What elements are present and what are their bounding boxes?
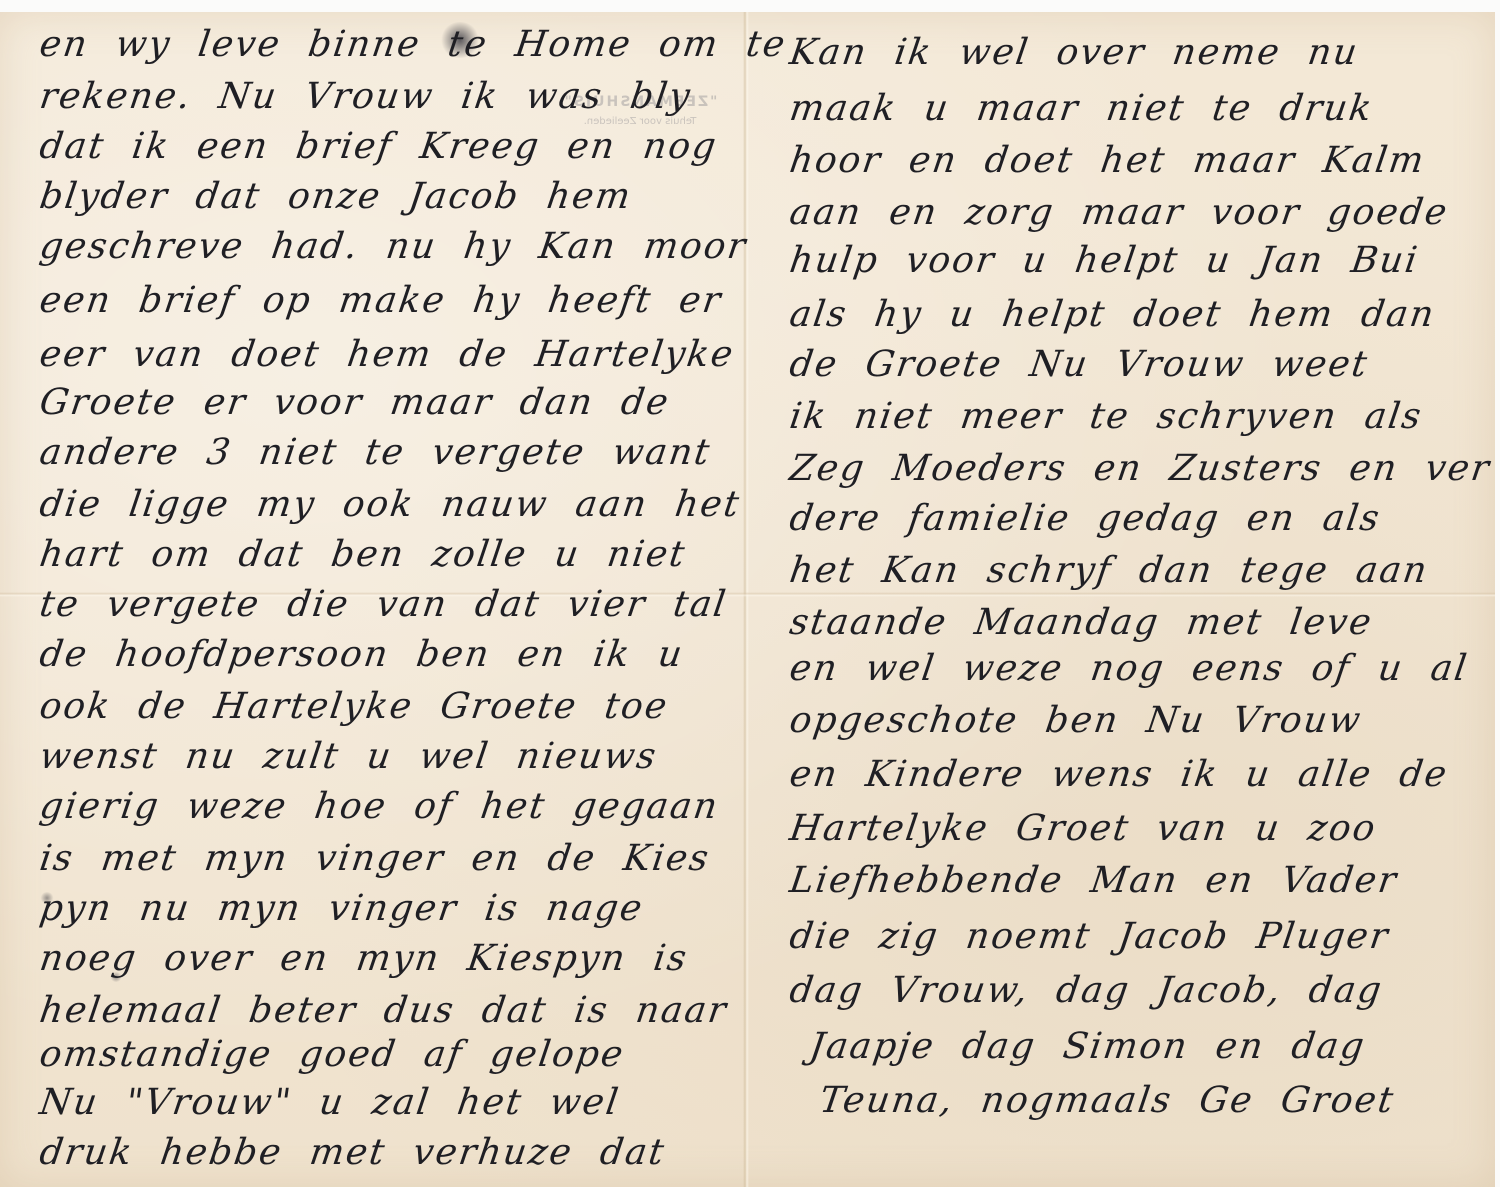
handwritten-line: als hy u helpt doet hem dan: [787, 294, 1438, 335]
handwritten-line: de Groete Nu Vrouw weet: [787, 344, 1371, 385]
handwritten-line: en wy leve binne te Home om te: [37, 24, 789, 65]
handwritten-line: dere famielie gedag en als: [787, 498, 1383, 539]
handwritten-line: Kan ik wel over neme nu: [787, 32, 1361, 73]
handwritten-line: rekene. Nu Vrouw ik was bly: [37, 76, 694, 117]
handwritten-line: Groete er voor maar dan de: [37, 382, 672, 423]
handwritten-line: die zig noemt Jacob Pluger: [787, 916, 1392, 957]
handwritten-line: andere 3 niet te vergete want: [37, 432, 714, 473]
handwritten-line: de hoofdpersoon ben en ik u: [37, 634, 686, 675]
handwritten-line: staande Maandag met leve: [787, 602, 1375, 643]
handwritten-line: Hartelyke Groet van u zoo: [787, 808, 1379, 849]
handwritten-line: een brief op make hy heeft er: [37, 280, 725, 321]
handwritten-line: hulp voor u helpt u Jan Bui: [787, 240, 1421, 281]
handwritten-line: opgeschote ben Nu Vrouw: [787, 700, 1365, 741]
handwritten-line: blyder dat onze Jacob hem: [37, 176, 635, 217]
handwritten-line: Teuna, nogmaals Ge Groet: [817, 1080, 1397, 1121]
handwritten-line: druk hebbe met verhuze dat: [37, 1132, 668, 1173]
handwritten-line: is met myn vinger en de Kies: [37, 838, 713, 879]
handwritten-line: Jaapje dag Simon en dag: [807, 1026, 1368, 1067]
handwritten-line: hart om dat ben zolle u niet: [37, 534, 689, 575]
handwritten-line: dat ik een brief Kreeg en nog: [37, 126, 720, 167]
handwritten-line: wenst nu zult u wel nieuws: [37, 736, 660, 777]
handwritten-line: helemaal beter dus dat is naar: [37, 990, 730, 1031]
handwritten-line: te vergete die van dat vier tal: [37, 584, 730, 625]
handwritten-line: noeg over en myn Kiespyn is: [37, 938, 691, 979]
handwritten-line: omstandige goed af gelope: [37, 1034, 627, 1075]
handwritten-line: aan en zorg maar voor goede: [787, 192, 1451, 233]
handwritten-line: maak u maar niet te druk: [787, 88, 1376, 129]
handwritten-line: Zeg Moeders en Zusters en ver: [787, 448, 1493, 489]
handwritten-line: en Kindere wens ik u alle de: [787, 754, 1451, 795]
handwritten-line: eer van doet hem de Hartelyke: [37, 334, 737, 375]
handwritten-line: hoor en doet het maar Kalm: [787, 140, 1428, 181]
handwritten-line: die ligge my ook nauw aan het: [37, 484, 743, 525]
handwritten-line: ook de Hartelyke Groete toe: [37, 686, 671, 727]
handwritten-line: gierig weze hoe of het gegaan: [37, 786, 722, 827]
handwritten-line: geschreve had. nu hy Kan moor: [37, 226, 750, 267]
vertical-fold-crease: [743, 12, 749, 1187]
handwritten-line: Liefhebbende Man en Vader: [787, 860, 1400, 901]
handwritten-line: en wel weze nog eens of u al: [787, 648, 1471, 689]
handwritten-line: het Kan schryf dan tege aan: [787, 550, 1431, 591]
handwritten-line: pyn nu myn vinger is nage: [37, 888, 646, 929]
handwritten-line: ik niet meer te schryven als: [787, 396, 1425, 437]
handwritten-line: dag Vrouw, dag Jacob, dag: [787, 970, 1385, 1011]
handwritten-line: Nu "Vrouw" u zal het wel: [37, 1082, 622, 1123]
